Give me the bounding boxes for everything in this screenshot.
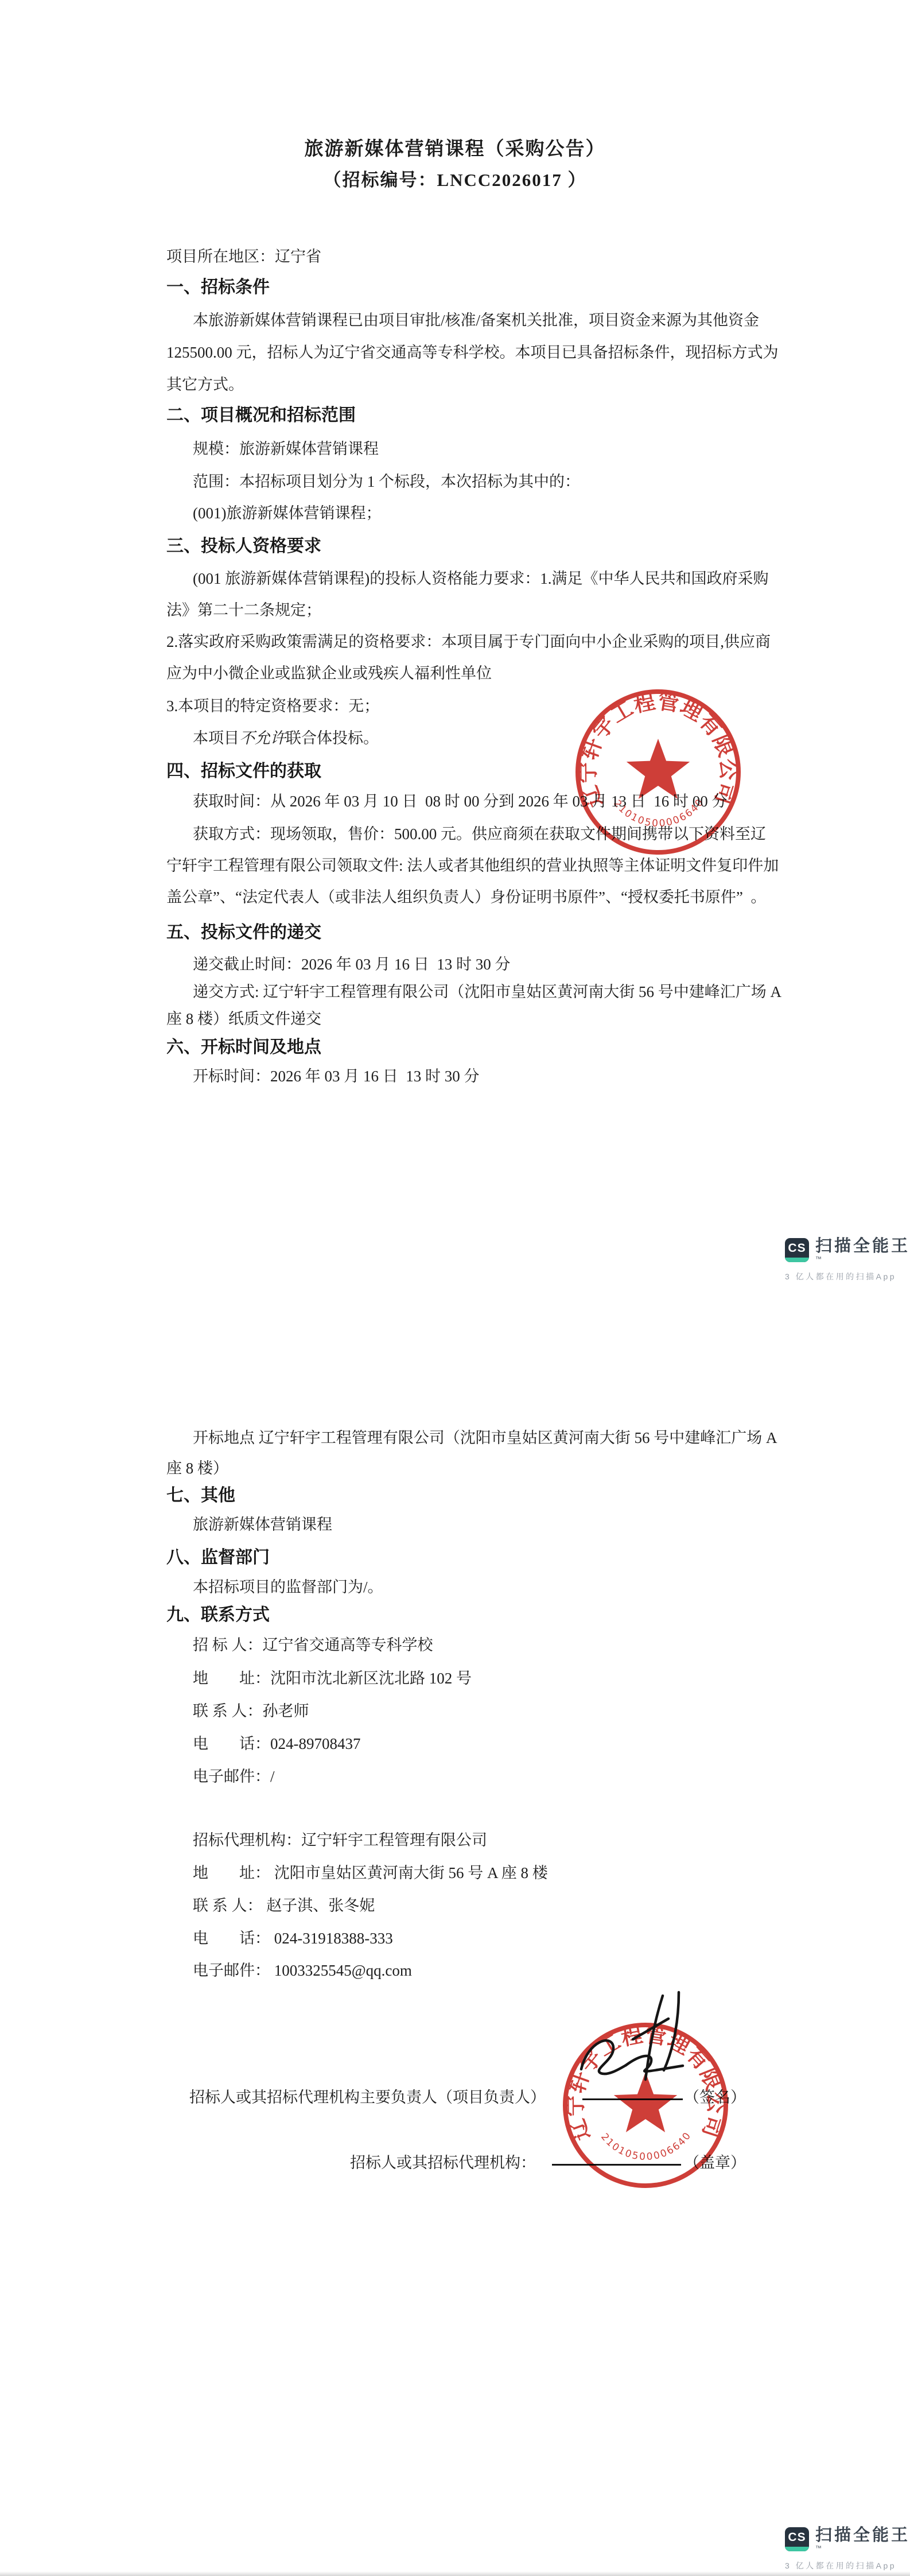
section5-line: 座 8 楼）纸质文件递交 [166, 1006, 321, 1029]
section6-line: 座 8 楼） [166, 1456, 228, 1478]
trademark-symbol: ™ [815, 2545, 822, 2552]
section7-line: 旅游新媒体营销课程 [193, 1512, 332, 1534]
text-fragment: 本项目 [193, 730, 239, 747]
watermark-title: 扫描全能王 [815, 1237, 910, 1255]
company-seal-stamp: 辽宁轩宇工程管理有限公司 210105000066402 [572, 686, 744, 858]
section3-line: 3.本项目的特定资格要求：无； [166, 693, 379, 716]
bidder-phone-line: 电 话：024-89708437 [193, 1731, 361, 1753]
section2-line: 规模：旅游新媒体营销课程 [193, 436, 379, 459]
section3-line: 法》第二十二条规定； [166, 598, 321, 620]
document-title: 旅游新媒体营销课程（采购公告） [0, 134, 910, 161]
text-fragment: 联合体投标。 [286, 730, 379, 747]
camscanner-watermark: CS 扫描全能王™ 3 亿人都在用的扫描App [785, 1233, 910, 1282]
scanned-tender-announcement: { "doc": { "title": "旅游新媒体营销课程（采购公告）", "… [0, 0, 910, 2576]
section3-line: 应为中小微企业或监狱企业或残疾人福利性单位 [166, 661, 492, 683]
handwritten-signature [565, 1983, 703, 2109]
section6-line: 开标地点 辽宁轩宇工程管理有限公司（沈阳市皇姑区黄河南大街 56 号中建峰汇广场… [193, 1425, 777, 1448]
section6-heading: 六、开标时间及地点 [166, 1033, 321, 1058]
bidder-contact-line: 联 系 人：孙老师 [193, 1698, 309, 1721]
tender-number: （招标编号：LNCC2026017 ） [0, 165, 910, 191]
section3-no-consortium-line: 本项目不允许联合体投标。 [193, 726, 379, 748]
watermark-title-wrap: 扫描全能王™ [815, 1233, 910, 1267]
agency-seal-line: 招标人或其招标代理机构： [350, 2150, 536, 2172]
star-icon [627, 739, 690, 799]
cs-logo-text: CS [788, 1242, 806, 1255]
watermark-subtitle: 3 亿人都在用的扫描App [785, 1271, 910, 1282]
section2-line: (001)旅游新媒体营销课程； [193, 501, 381, 523]
bidder-name-line: 招 标 人：辽宁省交通高等专科学校 [193, 1632, 433, 1655]
agency-phone-line: 电 话： 024-31918388-333 [193, 1926, 393, 1948]
agency-address-line: 地 址： 沈阳市皇姑区黄河南大街 56 号 A 座 8 楼 [193, 1860, 548, 1883]
trademark-symbol: ™ [815, 1256, 822, 1263]
section9-heading: 九、联系方式 [166, 1600, 270, 1625]
agency-contact-line: 联 系 人： 赵子淇、张冬妮 [193, 1893, 375, 1915]
section6-line: 开标时间：2026 年 03 月 16 日 13 时 30 分 [193, 1064, 480, 1086]
camscanner-logo-icon: CS [785, 1238, 809, 1262]
section4-line: 盖公章”、“法定代表人（或非法人组织负责人）身份证明书原件”、“授权委托书原件”… [166, 884, 766, 907]
section3-heading: 三、投标人资格要求 [166, 532, 321, 557]
section1-line: 其它方式。 [166, 372, 244, 394]
watermark-title-wrap: 扫描全能王™ [815, 2522, 910, 2556]
section5-line: 递交方式: 辽宁轩宇工程管理有限公司（沈阳市皇姑区黄河南大街 56 号中建峰汇广… [193, 979, 781, 1002]
section5-line: 递交截止时间：2026 年 03 月 16 日 13 时 30 分 [193, 952, 511, 974]
bidder-email-line: 电子邮件：/ [193, 1764, 275, 1786]
agency-name-line: 招标代理机构：辽宁轩宇工程管理有限公司 [193, 1828, 487, 1850]
logo-teal-bar [785, 2547, 809, 2551]
section1-line: 125500.00 元，招标人为辽宁省交通高等专科学校。本项目已具备招标条件，现… [166, 340, 779, 362]
camscanner-logo-icon: CS [785, 2527, 809, 2551]
section2-line: 范围：本招标项目划分为 1 个标段，本次招标为其中的： [193, 469, 580, 491]
section7-heading: 七、其他 [166, 1481, 235, 1506]
watermark-title: 扫描全能王 [815, 2526, 910, 2544]
section8-heading: 八、监督部门 [166, 1543, 270, 1568]
scan-bottom-edge [0, 2571, 910, 2576]
logo-teal-bar [785, 1258, 809, 1262]
section3-line: 2.落实政府采购政策需满足的资格要求：本项目属于专门面向中小企业采购的项目,供应… [166, 629, 771, 651]
section2-heading: 二、项目概况和招标范围 [166, 401, 356, 426]
section8-line: 本招标项目的监督部门为/。 [193, 1574, 383, 1597]
watermark-subtitle: 3 亿人都在用的扫描App [785, 2560, 910, 2571]
project-region-line: 项目所在地区：辽宁省 [166, 244, 321, 266]
section4-heading: 四、招标文件的获取 [166, 756, 321, 782]
section3-line: (001 旅游新媒体营销课程)的投标人资格能力要求：1.满足《中华人民共和国政府… [193, 566, 768, 588]
bidder-address-line: 地 址：沈阳市沈北新区沈北路 102 号 [193, 1666, 472, 1688]
camscanner-watermark: CS 扫描全能王™ 3 亿人都在用的扫描App [785, 2522, 910, 2571]
agency-email-line: 电子邮件： 1003325545@qq.com [193, 1958, 412, 1980]
section1-heading: 一、招标条件 [166, 273, 270, 298]
cs-logo-text: CS [788, 2531, 806, 2544]
signatory-line: 招标人或其招标代理机构主要负责人（项目负责人） [189, 2085, 546, 2107]
section1-line: 本旅游新媒体营销课程已由项目审批/核准/备案机关批准，项目资金来源为其他资金 [193, 308, 759, 330]
not-allowed-emphasis: 不允许 [239, 730, 286, 747]
section5-heading: 五、投标文件的递交 [166, 918, 321, 943]
